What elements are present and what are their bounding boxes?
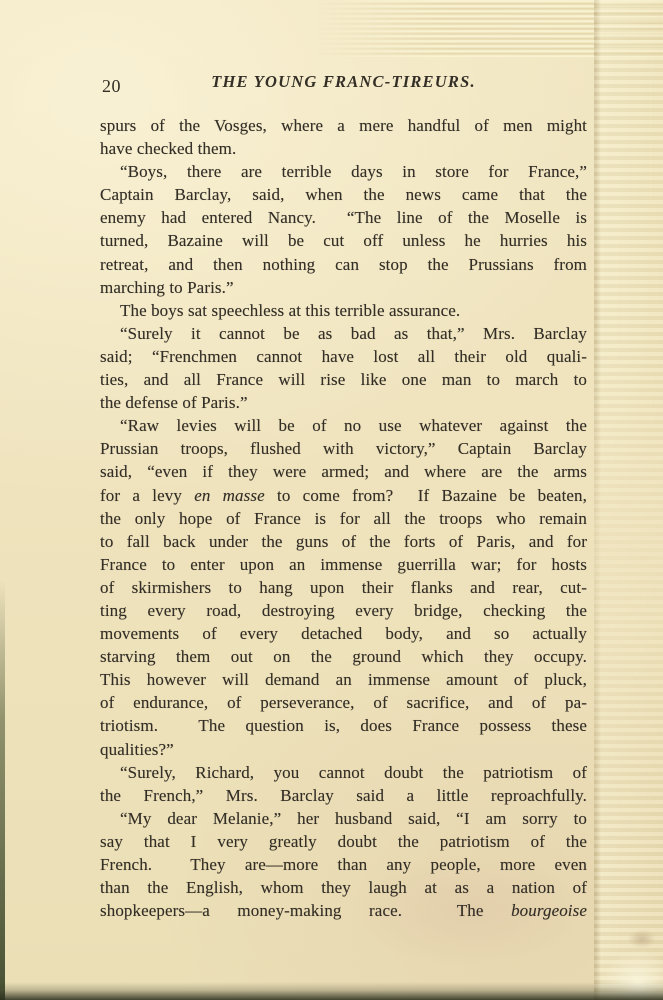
text-segment: The boys sat speechless at this terrible… [120, 301, 460, 320]
page-header: 20 THE YOUNG FRANC-TIREURS. [100, 72, 587, 98]
text-line: ties, and all France will rise like one … [100, 368, 587, 391]
text-line: for a levy en masse to come from? If Baz… [100, 484, 587, 507]
text-segment: spurs of the Vosges, where a mere handfu… [100, 116, 587, 135]
text-line: starving them out on the ground which th… [100, 645, 587, 668]
text-line: to fall back under the guns of the forts… [100, 530, 587, 553]
text-line: enemy had entered Nancy. “The line of th… [100, 206, 587, 229]
text-segment: turned, Bazaine will be cut off unless h… [100, 231, 587, 250]
text-line: of skirmishers to hang upon their flanks… [100, 576, 587, 599]
text-line: “Boys, there are terrible days in store … [100, 160, 587, 183]
text-line: Captain Barclay, said, when the news cam… [100, 183, 587, 206]
text-line: ting every road, destroying every bridge… [100, 599, 587, 622]
text-segment: to come from? If Bazaine be beaten, [265, 486, 587, 505]
text-segment: said; “Frenchmen cannot have lost all th… [100, 347, 587, 366]
text-segment: shopkeepers—a money-making race. The [100, 901, 511, 920]
text-segment: “Raw levies will be of no use whatever a… [120, 416, 587, 435]
text-segment: the defense of Paris.” [100, 393, 248, 412]
text-segment: qualities?” [100, 740, 174, 759]
book-page-scan: 20 THE YOUNG FRANC-TIREURS. spurs of the… [0, 0, 663, 1000]
text-segment: of skirmishers to hang upon their flanks… [100, 578, 587, 597]
text-line: retreat, and then nothing can stop the P… [100, 253, 587, 276]
edge-smudge [628, 930, 656, 948]
text-line: “Surely it cannot be as bad as that,” Mr… [100, 322, 587, 345]
text-line: have checked them. [100, 137, 587, 160]
text-line: qualities?” [100, 738, 587, 761]
text-segment: movements of every detached body, and so… [100, 624, 587, 643]
text-line: marching to Paris.” [100, 276, 587, 299]
text-segment: French. They are—more than any people, m… [100, 855, 587, 874]
text-segment: Captain Barclay, said, when the news cam… [100, 185, 587, 204]
text-line: triotism. The question is, does France p… [100, 714, 587, 737]
text-segment: the French,” Mrs. Barclay said a little … [100, 786, 587, 805]
text-segment: to fall back under the guns of the forts… [100, 532, 587, 551]
text-segment: “Surely, Richard, you cannot doubt the p… [120, 763, 587, 782]
scan-shadow-bottom [0, 982, 663, 1000]
text-segment: of endurance, of perseverance, of sacrif… [100, 693, 587, 712]
text-segment: triotism. The question is, does France p… [100, 716, 587, 735]
text-line: the defense of Paris.” [100, 391, 587, 414]
text-line: This however will demand an immense amou… [100, 668, 587, 691]
text-line: movements of every detached body, and so… [100, 622, 587, 645]
text-segment: This however will demand an immense amou… [100, 670, 587, 689]
text-segment: “Boys, there are terrible days in store … [120, 162, 587, 181]
page-text: spurs of the Vosges, where a mere handfu… [100, 114, 587, 922]
text-segment: Prussian troops, flushed with victory,” … [100, 439, 587, 458]
italic-text: bourgeoise [511, 901, 587, 920]
text-line: shopkeepers—a money-making race. The bou… [100, 899, 587, 922]
text-segment: ties, and all France will rise like one … [100, 370, 587, 389]
text-segment: France to enter upon an immense guerrill… [100, 555, 587, 574]
text-segment: ting every road, destroying every bridge… [100, 601, 587, 620]
text-segment: than the English, whom they laugh at as … [100, 878, 587, 897]
text-segment: “My dear Melanie,” her husband said, “I … [120, 809, 587, 828]
text-line: spurs of the Vosges, where a mere handfu… [100, 114, 587, 137]
text-segment: starving them out on the ground which th… [100, 647, 587, 666]
text-line: than the English, whom they laugh at as … [100, 876, 587, 899]
text-segment: “Surely it cannot be as bad as that,” Mr… [120, 324, 587, 343]
italic-text: en masse [194, 486, 265, 505]
text-line: “Raw levies will be of no use whatever a… [100, 414, 587, 437]
text-line: the only hope of France is for all the t… [100, 507, 587, 530]
text-line: The boys sat speechless at this terrible… [100, 299, 587, 322]
text-line: Prussian troops, flushed with victory,” … [100, 437, 587, 460]
text-segment: retreat, and then nothing can stop the P… [100, 255, 587, 274]
text-line: “My dear Melanie,” her husband said, “I … [100, 807, 587, 830]
text-segment: have checked them. [100, 139, 236, 158]
text-line: turned, Bazaine will be cut off unless h… [100, 229, 587, 252]
text-line: of endurance, of perseverance, of sacrif… [100, 691, 587, 714]
text-line: say that I very greatly doubt the patrio… [100, 830, 587, 853]
text-line: French. They are—more than any people, m… [100, 853, 587, 876]
text-line: the French,” Mrs. Barclay said a little … [100, 784, 587, 807]
text-segment: marching to Paris.” [100, 278, 234, 297]
book-cover-edge-left [0, 0, 5, 1000]
running-header: THE YOUNG FRANC-TIREURS. [100, 72, 587, 92]
text-segment: said, “even if they were armed; and wher… [100, 462, 587, 481]
text-segment: for a levy [100, 486, 194, 505]
text-line: “Surely, Richard, you cannot doubt the p… [100, 761, 587, 784]
text-segment: say that I very greatly doubt the patrio… [100, 832, 587, 851]
text-line: France to enter upon an immense guerrill… [100, 553, 587, 576]
text-segment: the only hope of France is for all the t… [100, 509, 587, 528]
text-line: said; “Frenchmen cannot have lost all th… [100, 345, 587, 368]
text-segment: enemy had entered Nancy. “The line of th… [100, 208, 587, 227]
text-line: said, “even if they were armed; and wher… [100, 460, 587, 483]
